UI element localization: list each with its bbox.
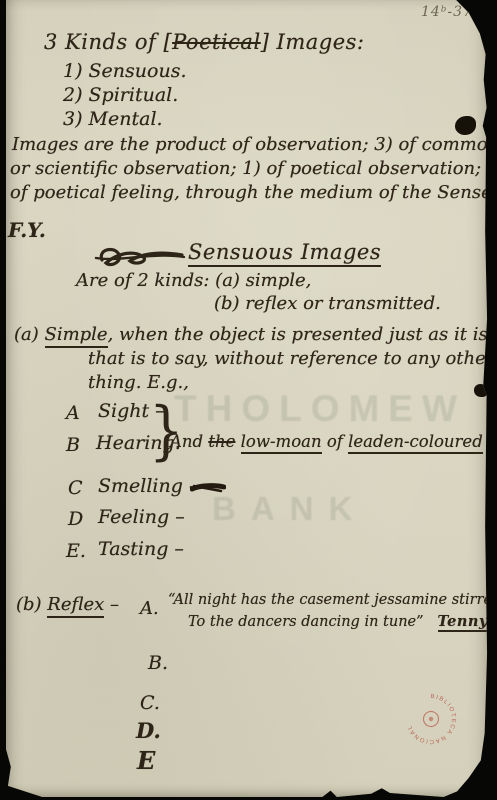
reflex-dash: –	[104, 594, 119, 615]
simple-def-line-1: (a) Simple, when the object is presented…	[14, 324, 489, 345]
simple-def-line-2: that is to say, without reference to any…	[88, 348, 489, 369]
kinds-line-1: Are of 2 kinds: (a) simple,	[76, 270, 311, 291]
paper-watermark-line1: THOLOMEW	[174, 388, 466, 430]
reflex-quote-line-2-text: To the dancers dancing in tune”	[188, 614, 424, 630]
sense-d-letter: D	[68, 508, 83, 530]
stamp-center-dot	[428, 716, 434, 722]
quote-struck-the: the	[208, 432, 235, 451]
sense-c-letter: C	[68, 477, 83, 499]
sense-d-label: Feeling –	[98, 506, 185, 528]
intro-line-1: Images are the product of observation; 3…	[12, 134, 489, 155]
scribble-strikeout	[92, 242, 188, 272]
kind-item-spiritual: 2) Spiritual.	[63, 84, 178, 106]
simple-keyword: Simple	[45, 324, 108, 348]
intro-line-3: of poetical feeling, through the medium …	[10, 182, 489, 203]
title-line: 3 Kinds of [Poetical] Images:	[44, 30, 365, 54]
simple-marker: (a)	[14, 324, 45, 345]
sense-a-letter: A	[66, 402, 80, 424]
simple-after-keyword: , when the object is presented just as i…	[108, 324, 489, 345]
kind-item-mental: 3) Mental.	[63, 108, 163, 130]
kinds-line-2: (b) reflex or transmitted.	[214, 293, 441, 314]
ink-splotch-top-right	[455, 116, 476, 135]
intro-line-2: or scientific observation; 1) of poetica…	[10, 158, 489, 179]
sense-e-letter: E.	[66, 540, 86, 562]
reflex-item-d: D.	[136, 718, 161, 743]
reflex-item-b: B.	[148, 652, 168, 674]
brace-glyph: }	[149, 394, 184, 468]
quote-post: seas.”	[483, 432, 489, 451]
quote-pre: And	[170, 432, 208, 451]
sense-e-label: Tasting –	[98, 538, 184, 560]
reflex-keyword: Reflex	[47, 594, 104, 618]
title-suffix: ] Images:	[261, 30, 365, 54]
title-struck-word: Poetical	[172, 30, 261, 54]
simple-def-line-3: thing. E.g.,	[88, 372, 189, 393]
paper-watermark-line2: BANK	[212, 490, 367, 528]
sense-c-label: Smelling –	[98, 475, 198, 497]
reflex-marker: (b)	[16, 594, 47, 615]
hearing-quote-line: And the low-moan of leaden-coloured seas…	[170, 432, 489, 451]
scan-background: THOLOMEW BANK 14ᵇ-37 3 Kinds of [Poetica…	[0, 0, 497, 800]
reflex-item-a-letter: A.	[140, 598, 159, 619]
quote-underlined-low-moan: low-moan	[241, 432, 322, 454]
reflex-item-c: C.	[140, 692, 160, 714]
reflex-marker-line: (b) Reflex –	[16, 594, 119, 615]
margin-initials: F.Y.	[8, 218, 46, 242]
pencil-page-number: 14ᵇ-37	[421, 4, 473, 20]
library-stamp: BIBLIOTECA NACIONAL	[397, 685, 465, 753]
sense-b-letter: B	[66, 434, 80, 456]
title-prefix: 3 Kinds of [	[44, 30, 172, 54]
quote-underlined-leaden-coloured: leaden-coloured	[348, 432, 483, 454]
section-heading-line: Sensuous Images	[188, 240, 381, 264]
manuscript-page: THOLOMEW BANK 14ᵇ-37 3 Kinds of [Poetica…	[6, 0, 489, 797]
quote-mid: of	[322, 432, 349, 451]
tennyson-attribution: Tennyson.	[438, 613, 489, 632]
reflex-item-e: E	[137, 746, 155, 775]
kind-item-sensuous: 1) Sensuous.	[63, 60, 187, 82]
smelling-strikeout	[190, 481, 226, 495]
reflex-quote-line-1: “All night has the casement jessamine st…	[168, 592, 489, 608]
quote-space	[235, 432, 240, 451]
ink-splotch-mid-right	[474, 384, 488, 397]
reflex-quote-line-2: To the dancers dancing in tune”Tennyson.	[188, 613, 489, 630]
sensuous-images-heading: Sensuous Images	[188, 240, 381, 267]
